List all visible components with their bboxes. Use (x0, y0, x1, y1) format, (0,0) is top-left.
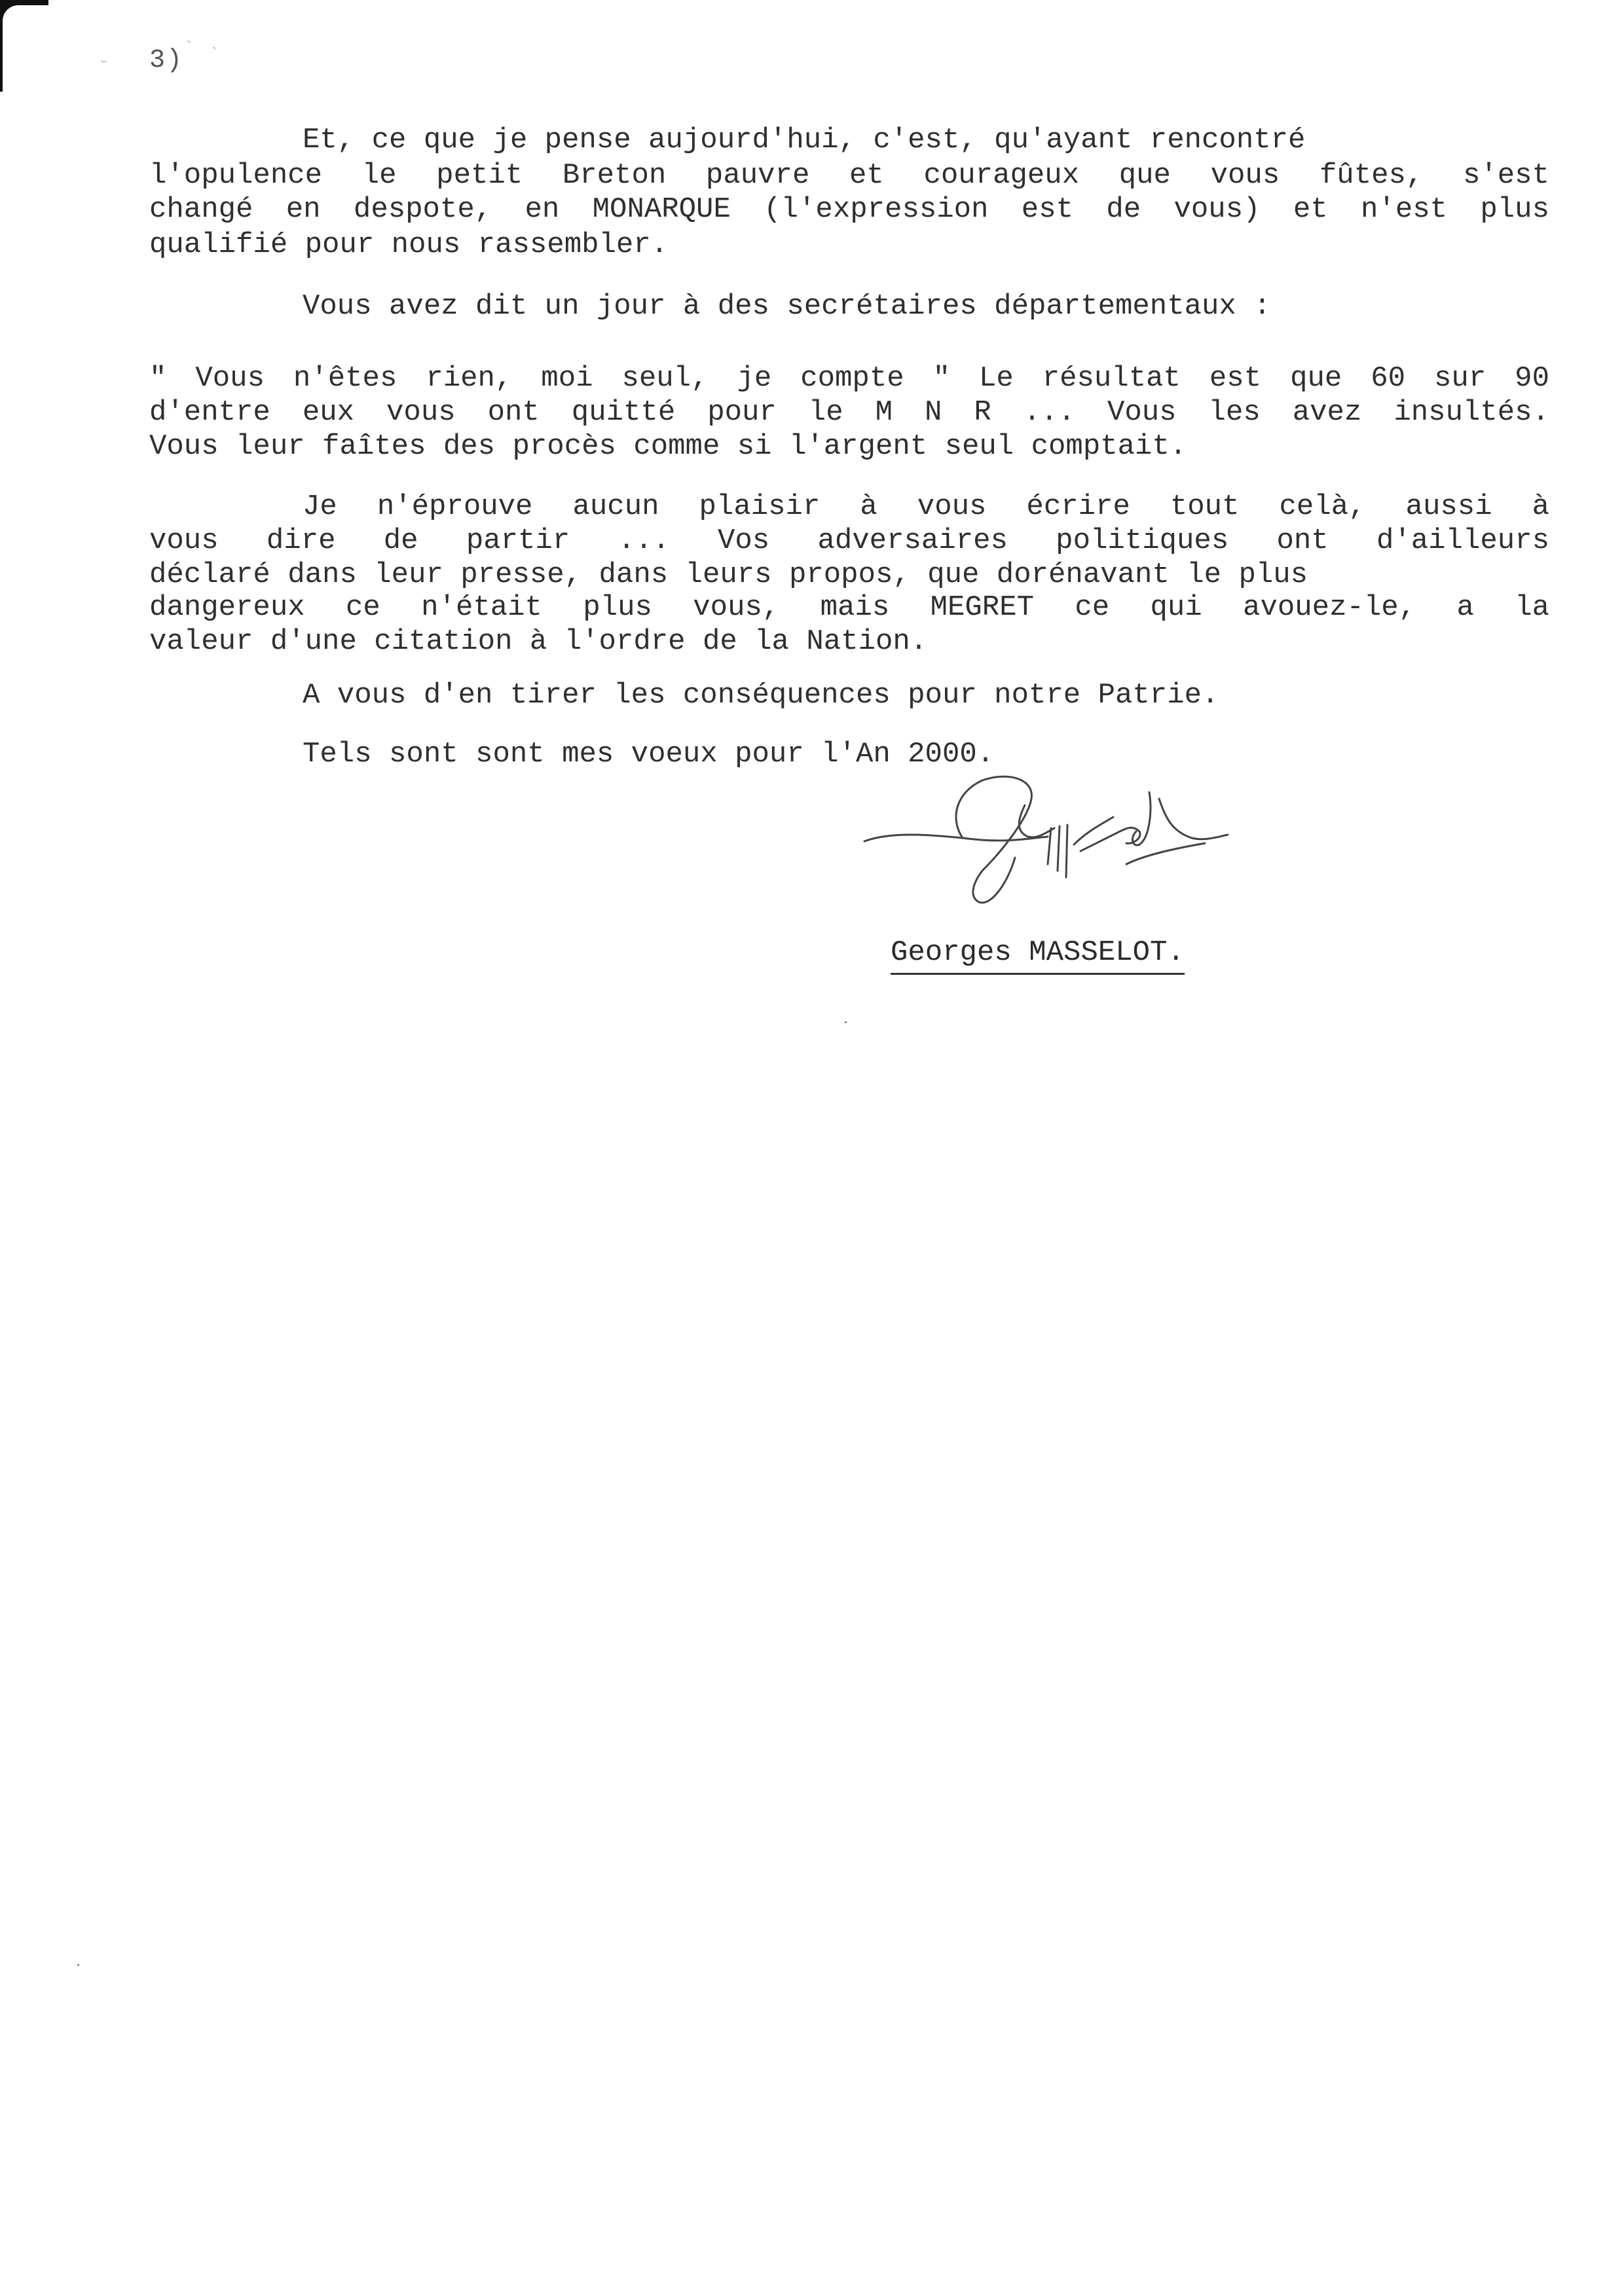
text-line: Vous avez dit un jour à des secrétaires … (303, 292, 1271, 321)
text-line: changé en despote, en MONARQUE (l'expres… (149, 195, 1549, 224)
signer-name: Georges MASSELOT. (891, 936, 1185, 975)
text-line: dangereux ce n'était plus vous, mais MEG… (149, 593, 1549, 622)
scan-edge (0, 0, 48, 92)
smudge-mark: ˋ (210, 46, 221, 66)
text-line: Et, ce que je pense aujourd'hui, c'est, … (303, 126, 1305, 155)
smudge-mark: ` (183, 39, 194, 60)
text-line: déclaré dans leur presse, dans leurs pro… (149, 560, 1308, 589)
text-line: d'entre eux vous ont quitté pour le M N … (149, 398, 1549, 427)
text-line: l'opulence le petit Breton pauvre et cou… (149, 161, 1549, 190)
text-line: " Vous n'êtes rien, moi seul, je compte … (149, 364, 1549, 393)
page-number: 3) (149, 46, 183, 75)
text-line: Tels sont sont mes voeux pour l'An 2000. (303, 740, 994, 769)
smudge-mark: ˘ (98, 59, 109, 79)
text-line: valeur d'une citation à l'ordre de la Na… (149, 627, 927, 656)
scan-speck (77, 1964, 79, 1966)
scan-speck (845, 1021, 847, 1023)
text-line: Vous leur faîtes des procès comme si l'a… (149, 432, 1187, 461)
text-line: A vous d'en tirer les conséquences pour … (303, 681, 1219, 710)
text-line: qualifié pour nous rassembler. (149, 230, 668, 259)
signature-image (851, 766, 1231, 923)
text-line: vous dire de partir ... Vos adversaires … (149, 526, 1549, 555)
text-line: Je n'éprouve aucun plaisir à vous écrire… (303, 492, 1549, 521)
